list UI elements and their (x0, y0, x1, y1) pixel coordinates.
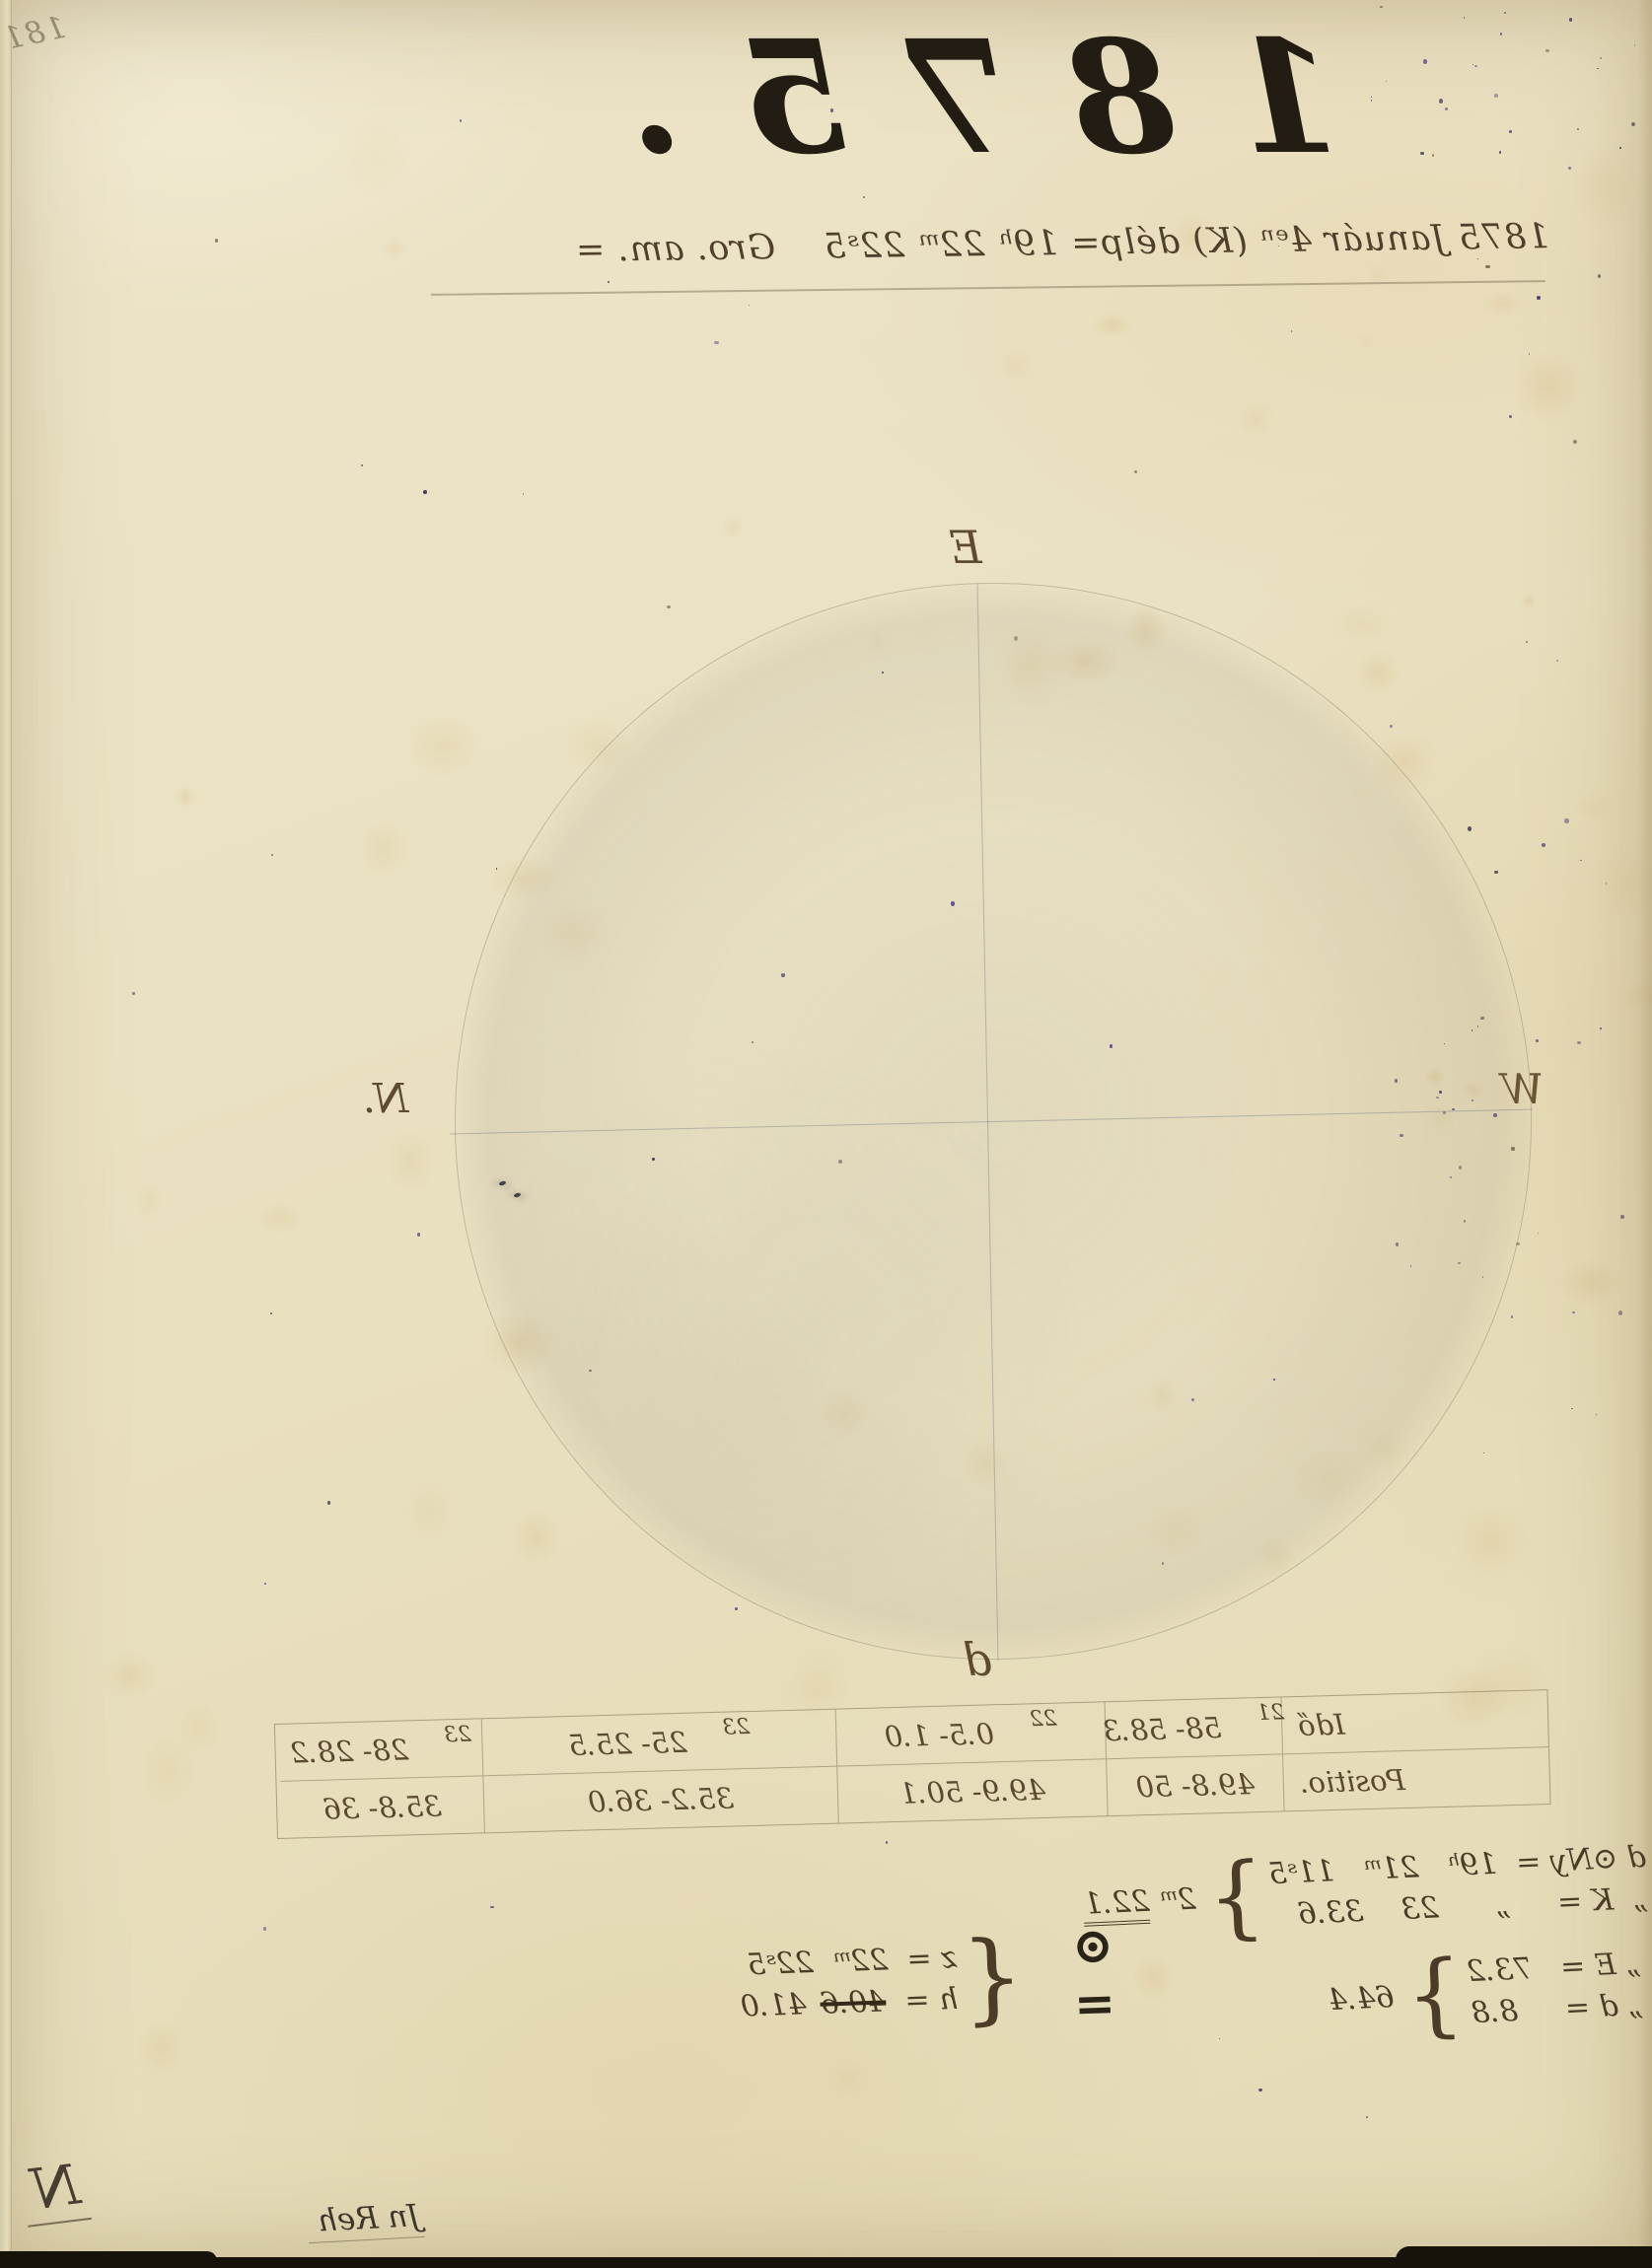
page-right-edge (1638, 0, 1652, 2268)
paper-vignette (0, 0, 1652, 2268)
page-left-edge (0, 0, 12, 2268)
scanned-page: 181 1875. 1875 Január 4ᵉⁿ (K) délp= 19ʰ … (0, 0, 1652, 2268)
